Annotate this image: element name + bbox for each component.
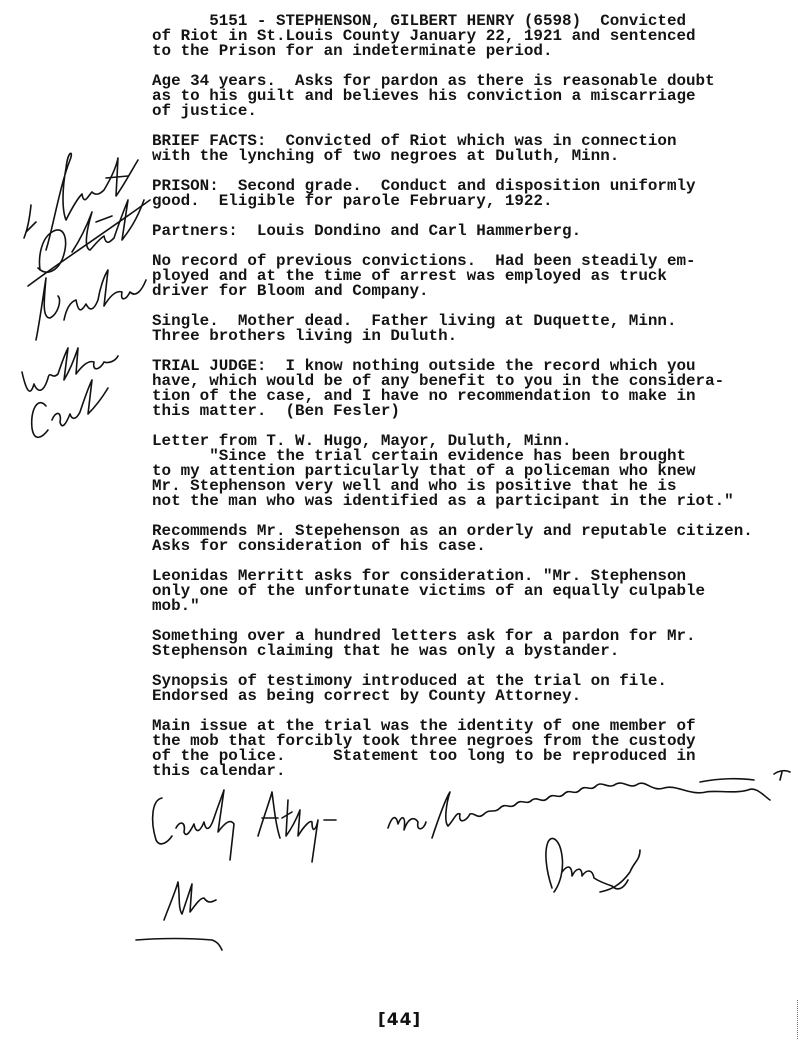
text-line: this calendar. — [152, 764, 792, 779]
text-line: Stephenson claiming that he was only a b… — [152, 644, 792, 659]
text-line: not the man who was identified as a part… — [152, 494, 792, 509]
text-line: Endorsed as being correct by County Atto… — [152, 689, 792, 704]
paragraph-brief-facts: BRIEF FACTS: Convicted of Riot which was… — [152, 134, 792, 164]
initials-all — [136, 882, 222, 950]
paragraph-merritt: Leonidas Merritt asks for consideration.… — [152, 569, 792, 614]
document-page: 5151 - STEPHENSON, GILBERT HENRY (6598) … — [0, 0, 800, 1039]
text-line: driver for Bloom and Company. — [152, 284, 792, 299]
text-line: to the Prison for an indeterminate perio… — [152, 44, 792, 59]
margin-note-wallace — [22, 348, 118, 391]
denied-signature — [546, 838, 640, 892]
margin-note-carl — [32, 380, 108, 437]
text-line: with the lynching of two negroes at Dulu… — [152, 149, 792, 164]
paragraph-trial-judge: TRIAL JUDGE: I know nothing outside the … — [152, 359, 792, 419]
paragraph-main-issue: Main issue at the trial was the identity… — [152, 719, 792, 779]
paragraph-family: Single. Mother dead. Father living at Du… — [152, 314, 792, 344]
paragraph-age: Age 34 years. Asks for pardon as there i… — [152, 74, 792, 119]
typed-text-body: 5151 - STEPHENSON, GILBERT HENRY (6598) … — [152, 14, 792, 794]
paragraph-heading: 5151 - STEPHENSON, GILBERT HENRY (6598) … — [152, 14, 792, 59]
text-line: mob." — [152, 599, 792, 614]
text-line: of justice. — [152, 104, 792, 119]
text-line: Partners: Louis Dondino and Carl Hammerb… — [152, 224, 792, 239]
margin-note-brothers — [36, 270, 146, 340]
paragraph-record: No record of previous convictions. Had b… — [152, 254, 792, 299]
text-line: good. Eligible for parole February, 1922… — [152, 194, 792, 209]
text-line: Three brothers living in Duluth. — [152, 329, 792, 344]
text-line: only one of the unfortunate victims of a… — [152, 584, 792, 599]
paragraph-recommends: Recommends Mr. Stepehenson as an orderly… — [152, 524, 792, 554]
margin-note-saint — [24, 153, 138, 250]
margin-note-duluth — [28, 200, 150, 286]
text-line: Asks for consideration of his case. — [152, 539, 792, 554]
page-number: [44] — [378, 1010, 421, 1030]
paragraph-letters: Something over a hundred letters ask for… — [152, 629, 792, 659]
paragraph-partners: Partners: Louis Dondino and Carl Hammerb… — [152, 224, 792, 239]
text-line: this matter. (Ben Fesler) — [152, 404, 792, 419]
paragraph-prison: PRISON: Second grade. Conduct and dispos… — [152, 179, 792, 209]
scan-edge — [794, 1000, 798, 1039]
paragraph-mayor-letter: Letter from T. W. Hugo, Mayor, Duluth, M… — [152, 434, 792, 509]
paragraph-synopsis: Synopsis of testimony introduced at the … — [152, 674, 792, 704]
